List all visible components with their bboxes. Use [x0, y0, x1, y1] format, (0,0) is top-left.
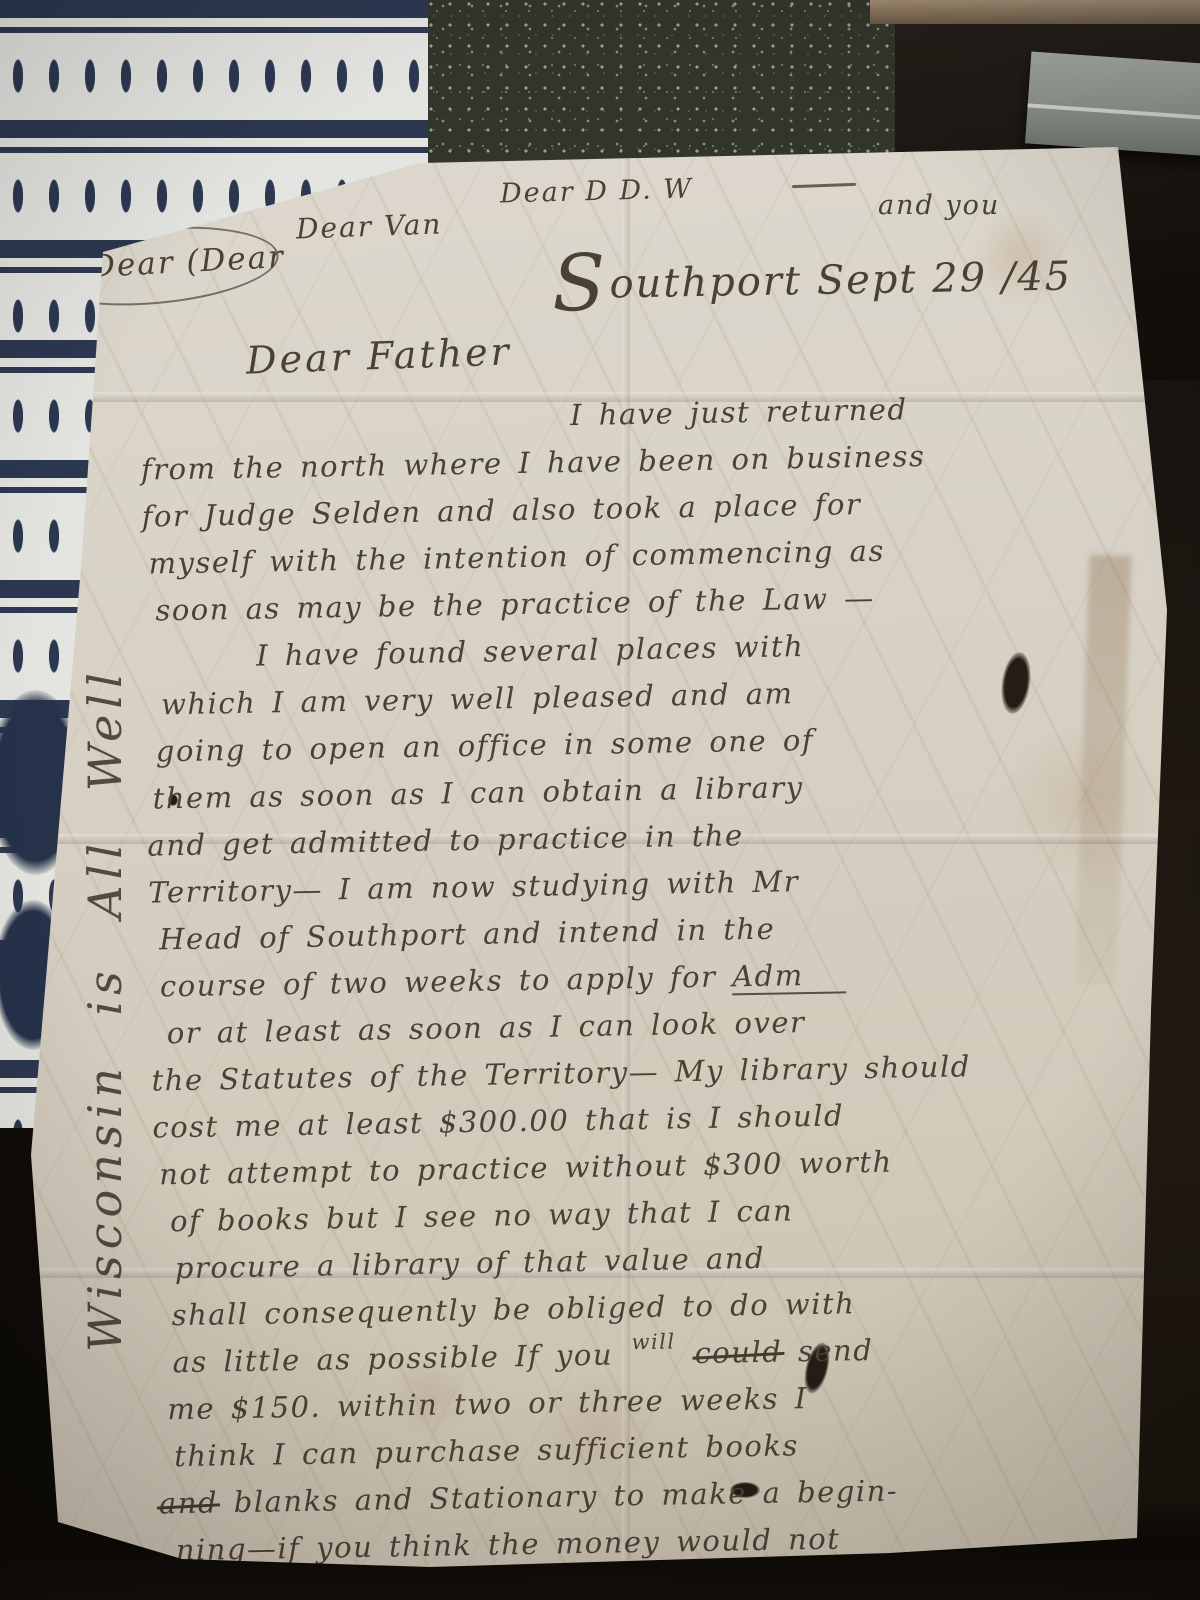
and-you-annotation: and you: [878, 190, 1000, 221]
dateline: Southport Sept 29 /45: [552, 253, 1073, 308]
margin-note-vertical: Wisconsin is All Well: [78, 432, 132, 1352]
shelf-edge: [870, 0, 1200, 24]
top-scribble-annotation: Dear D D. W: [500, 173, 694, 209]
gray-object-on-shelf: [1025, 51, 1200, 156]
object-highlight: [1028, 103, 1200, 120]
letter-body: I have just returnedfrom the north where…: [140, 389, 1140, 1581]
tweed-fabric-top: [428, 0, 920, 178]
letter-paper: Dear D D. W and you Dear Van Dear (Dear …: [0, 0, 1200, 1600]
salutation: Dear Father: [245, 329, 512, 382]
dear-van-annotation: Dear Van: [295, 207, 442, 245]
photo-of-letter: Dear D D. W and you Dear Van Dear (Dear …: [0, 0, 1200, 1600]
